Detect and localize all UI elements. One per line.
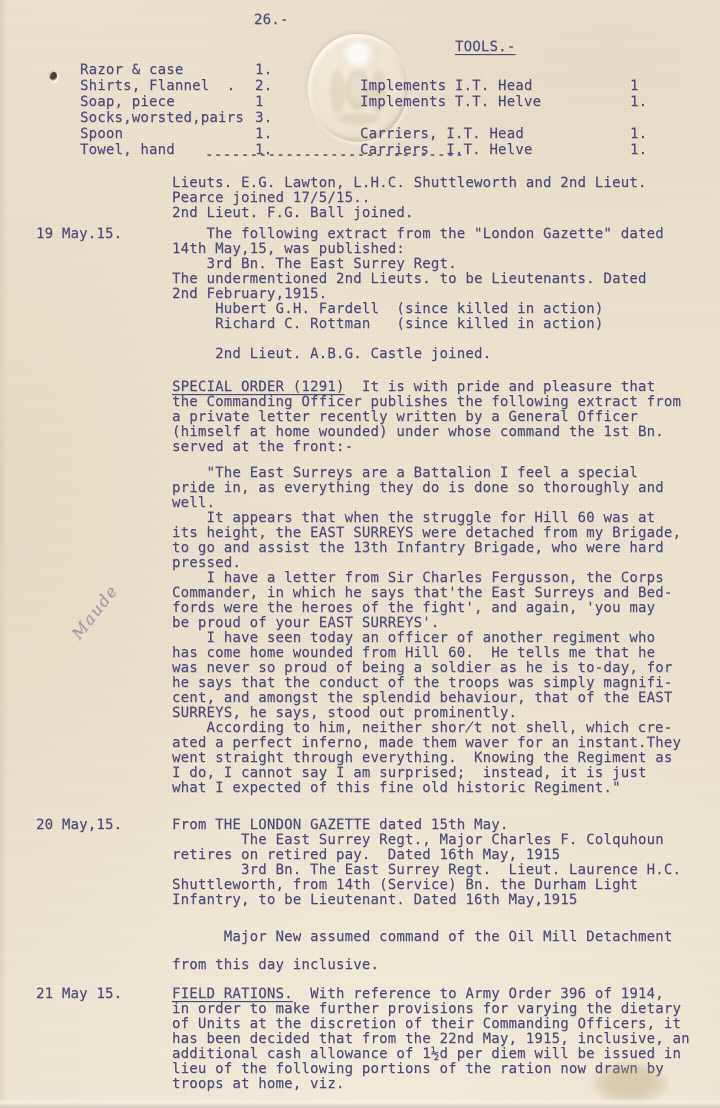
- kit-item-qty: 1: [255, 95, 264, 110]
- entry-20-may: From THE LONDON GAZETTE dated 15th May. …: [172, 818, 720, 908]
- tools-item-qty: 1.: [630, 95, 647, 110]
- kit-item-qty: 2.: [255, 79, 272, 94]
- kit-item-label: Shirts, Flannel .: [80, 78, 235, 94]
- entry-19-may: The following extract from the "London G…: [172, 227, 720, 332]
- quoted-letter: "The East Surreys are a Battalion I feel…: [172, 466, 720, 796]
- entry-20-may-closing: from this day inclusive.: [172, 958, 720, 973]
- tools-item-qty: 1.: [630, 143, 647, 158]
- tools-row: Implements T.T. Helve1.: [360, 95, 660, 110]
- dashed-separator: -----------------------------: [205, 148, 464, 163]
- kit-row: Razor & case1.: [80, 63, 380, 78]
- tools-item-label: Implements T.T. Helve: [360, 94, 541, 110]
- tools-row: Carriers, I.T. Head1.: [360, 127, 660, 142]
- kit-row: Shirts, Flannel .2.: [80, 79, 380, 94]
- kit-item-label: Soap, piece: [80, 94, 175, 110]
- tools-item-qty: 1: [630, 79, 639, 94]
- margin-date-20-may: 20 May,15.: [36, 818, 166, 833]
- tools-heading: TOOLS.-: [455, 40, 515, 55]
- kit-item-label: Towel, hand: [80, 142, 175, 158]
- special-order-heading: SPECIAL ORDER (1291): [172, 379, 345, 395]
- kit-row: Spoon1.: [80, 127, 380, 142]
- kit-item-qty: 3.: [255, 111, 272, 126]
- kit-item-qty: 1.: [255, 127, 272, 142]
- war-diary-page: 26.- Razor & case1. Shirts, Flannel .2. …: [0, 0, 720, 1108]
- margin-date-21-may: 21 May 15.: [36, 987, 166, 1002]
- kit-row: Soap, piece1: [80, 95, 380, 110]
- tools-item-label: Carriers, I.T. Head: [360, 126, 524, 142]
- entry-continued: Lieuts. E.G. Lawton, L.H.C. Shuttleworth…: [172, 176, 720, 221]
- kit-item-label: Socks,worsted,pairs: [80, 110, 244, 126]
- scan-left-edge-shadow: [0, 0, 8, 1108]
- pencil-annotation: Maude: [68, 560, 138, 643]
- entry-major-new: Major New assumed command of the Oil Mil…: [172, 930, 720, 945]
- kit-item-qty: 1.: [255, 63, 272, 78]
- special-order-paragraph: SPECIAL ORDER (1291) It is with pride an…: [172, 380, 720, 455]
- tools-row: Implements I.T. Head1: [360, 79, 660, 94]
- margin-date-19-may: 19 May.15.: [36, 227, 166, 242]
- field-rations-heading: FIELD RATIONS.: [172, 986, 293, 1002]
- page-number: 26.-: [254, 13, 289, 28]
- tools-item-qty: 1.: [630, 127, 647, 142]
- tools-item-label: Implements I.T. Head: [360, 78, 533, 94]
- ink-blot-mark: [50, 72, 57, 81]
- kit-item-label: Razor & case: [80, 62, 184, 78]
- scan-bottom-edge: [0, 1098, 720, 1108]
- kit-item-label: Spoon: [80, 126, 123, 142]
- entry-castle-joined: 2nd Lieut. A.B.G. Castle joined.: [172, 347, 720, 362]
- kit-row: Socks,worsted,pairs3.: [80, 111, 380, 126]
